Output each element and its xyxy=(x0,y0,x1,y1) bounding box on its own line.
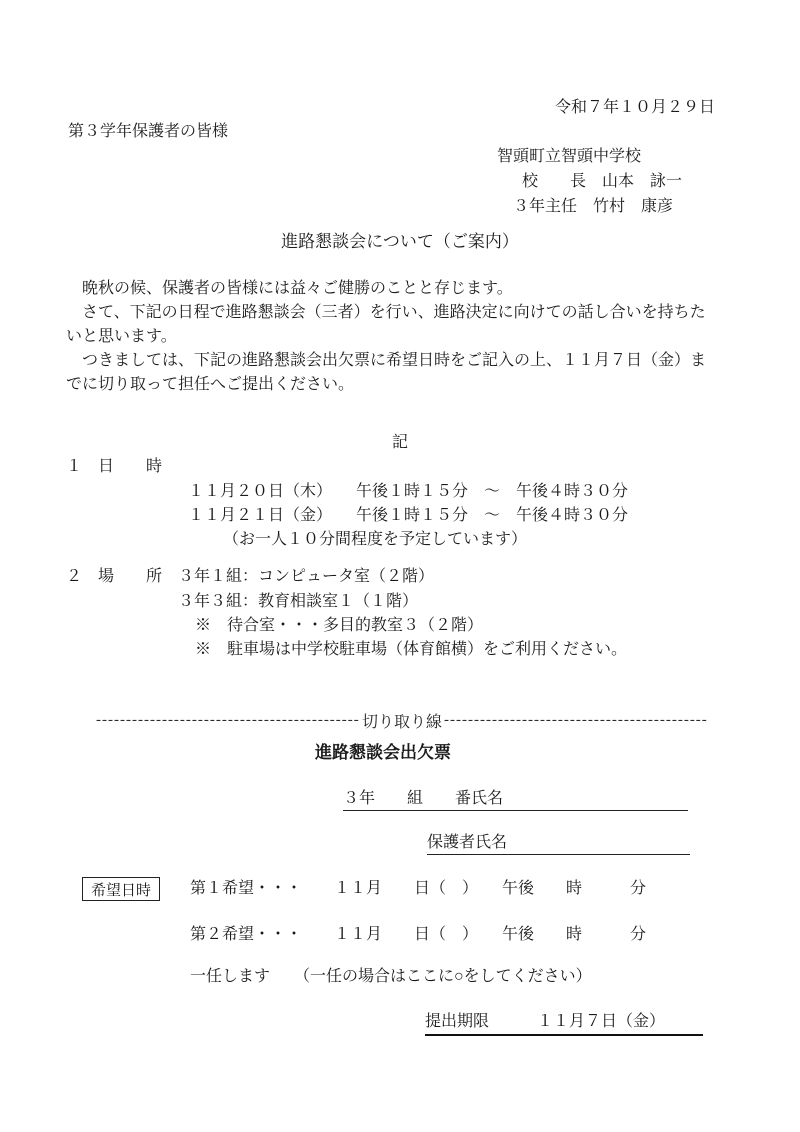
cut-line-label: 切り取り線 xyxy=(360,709,444,732)
body-line: つきましては、下記の進路懇談会出欠票に希望日時をご記入の上、１１月７日（金）ま xyxy=(66,349,746,373)
document-date: 令和７年１０月２９日 xyxy=(555,97,715,119)
place-line-2: ３年３組：教育相談室１（１階） xyxy=(178,591,418,613)
schedule-line-2: １１月２１日（金） 午後１時１５分 ～ 午後４時３０分 xyxy=(188,505,628,527)
slip-title: 進路懇談会出欠票 xyxy=(315,742,451,764)
place-note-1: ※ 待合室・・・多目的教室３（２階） xyxy=(195,615,483,637)
desired-datetime-label: 希望日時 xyxy=(91,879,151,900)
schedule-line-1: １１月２０日（木） 午後１時１５分 ～ 午後４時３０分 xyxy=(188,481,628,503)
desired-datetime-box: 希望日時 xyxy=(82,877,160,901)
body-line: でに切り取って担任へご提出ください。 xyxy=(66,373,746,397)
body-line: 晩秋の候、保護者の皆様には益々ご健勝のことと存じます。 xyxy=(66,277,746,301)
place-note-2: ※ 駐車場は中学校駐車場（体育館横）をご利用ください。 xyxy=(195,639,627,661)
ki-marker: 記 xyxy=(0,432,800,454)
section2-heading: ２ 場 所 ３年１組：コンピュータ室（２階） xyxy=(66,566,434,588)
deadline-line: 提出期限 １１月７日（金） xyxy=(425,1010,703,1036)
cut-line: ----------------------------------------… xyxy=(96,709,708,731)
section1-heading: １ 日 時 xyxy=(66,456,162,478)
schedule-note: （お一人１０分間程度を予定しています） xyxy=(223,529,527,551)
student-name-field: ３年 組 番氏名 xyxy=(343,788,688,811)
grade-head-name: ３年主任 竹村 康彦 xyxy=(513,196,673,218)
body-line: さて、下記の日程で進路懇談会（三者）を行い、進路決定に向けての話し合いを持ちた xyxy=(66,301,746,325)
entrust-line: 一任します （一任の場合はここに○をしてください） xyxy=(190,966,592,988)
choice-2-line: 第２希望・・・ １１月 日（ ） 午後 時 分 xyxy=(190,924,646,946)
cut-line-dashes-right: ----------------------------------------… xyxy=(444,712,708,729)
body-paragraphs: 晩秋の候、保護者の皆様には益々ご健勝のことと存じます。 さて、下記の日程で進路懇… xyxy=(66,277,746,397)
document-title: 進路懇談会について（ご案内） xyxy=(0,231,800,253)
guardian-name-field: 保護者氏名 xyxy=(427,832,690,855)
choice-1-line: 第１希望・・・ １１月 日（ ） 午後 時 分 xyxy=(190,878,646,900)
principal-name: 校 長 山本 詠一 xyxy=(522,171,682,193)
body-line: いと思います。 xyxy=(66,325,746,349)
school-name: 智頭町立智頭中学校 xyxy=(497,146,641,168)
cut-line-dashes-left: ----------------------------------------… xyxy=(96,712,360,729)
addressee-line: 第３学年保護者の皆様 xyxy=(68,121,228,143)
